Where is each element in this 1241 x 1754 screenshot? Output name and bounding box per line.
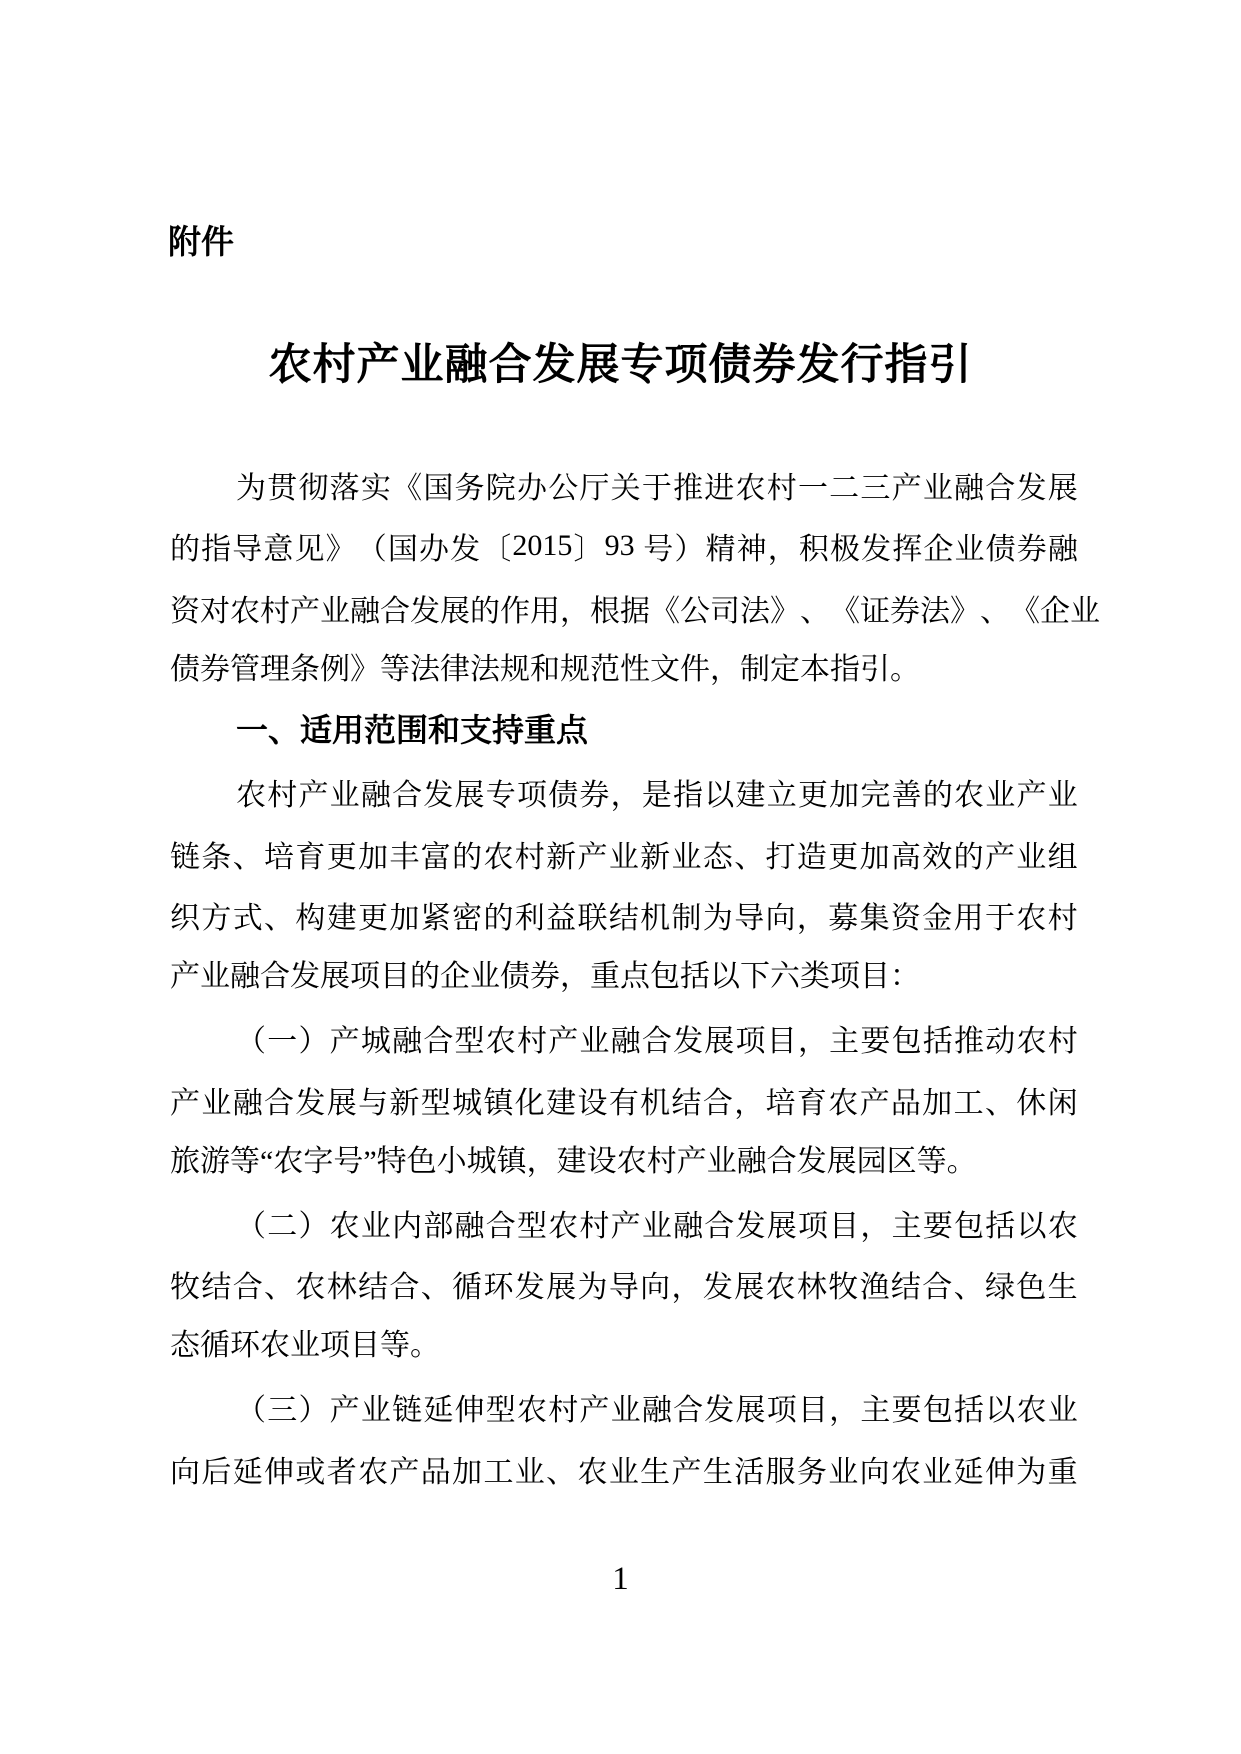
section-heading: 一、适用范围和支持重点 — [170, 700, 1078, 762]
text-line: 向后延伸或者农产品加工业、农业生产生活服务业向农业延伸为重 — [170, 1438, 1078, 1500]
text-line: 的指导意见》（国办发〔2015〕93 号）精神，积极发挥企业债券融 — [170, 516, 1078, 578]
text-line: 农村产业融合发展专项债券，是指以建立更加完善的农业产业 — [170, 762, 1078, 824]
page-title: 农村产业融合发展专项债券发行指引 — [0, 338, 1241, 392]
text-line: 链条、培育更加丰富的农村新产业新业态、打造更加高效的产业组 — [170, 823, 1078, 885]
text-line: 债券管理条例》等法律法规和规范性文件，制定本指引。 — [170, 639, 1078, 701]
text-line: 为贯彻落实《国务院办公厅关于推进农村一二三产业融合发展 — [170, 454, 1078, 516]
document-body: 为贯彻落实《国务院办公厅关于推进农村一二三产业融合发展的指导意见》（国办发〔20… — [170, 454, 1078, 1500]
text-line: （三）产业链延伸型农村产业融合发展项目，主要包括以农业 — [170, 1377, 1078, 1439]
text-line: 旅游等“农字号”特色小城镇，建设农村产业融合发展园区等。 — [170, 1131, 1078, 1193]
text-line: 牧结合、农林结合、循环发展为导向，发展农林牧渔结合、绿色生 — [170, 1254, 1078, 1316]
document-page: 附件 农村产业融合发展专项债券发行指引 为贯彻落实《国务院办公厅关于推进农村一二… — [0, 0, 1241, 1754]
text-line: 资对农村产业融合发展的作用，根据《公司法》、《证券法》、《企业 — [170, 577, 1078, 639]
text-line: 产业融合发展项目的企业债券，重点包括以下六类项目： — [170, 946, 1078, 1008]
text-line: 织方式、构建更加紧密的利益联结机制为导向，募集资金用于农村 — [170, 885, 1078, 947]
text-line: 产业融合发展与新型城镇化建设有机结合，培育农产品加工、休闲 — [170, 1069, 1078, 1131]
attachment-label: 附件 — [168, 221, 234, 263]
text-line: （二）农业内部融合型农村产业融合发展项目，主要包括以农 — [170, 1192, 1078, 1254]
text-line: （一）产城融合型农村产业融合发展项目，主要包括推动农村 — [170, 1008, 1078, 1070]
text-line: 态循环农业项目等。 — [170, 1315, 1078, 1377]
page-number: 1 — [0, 1558, 1241, 1600]
